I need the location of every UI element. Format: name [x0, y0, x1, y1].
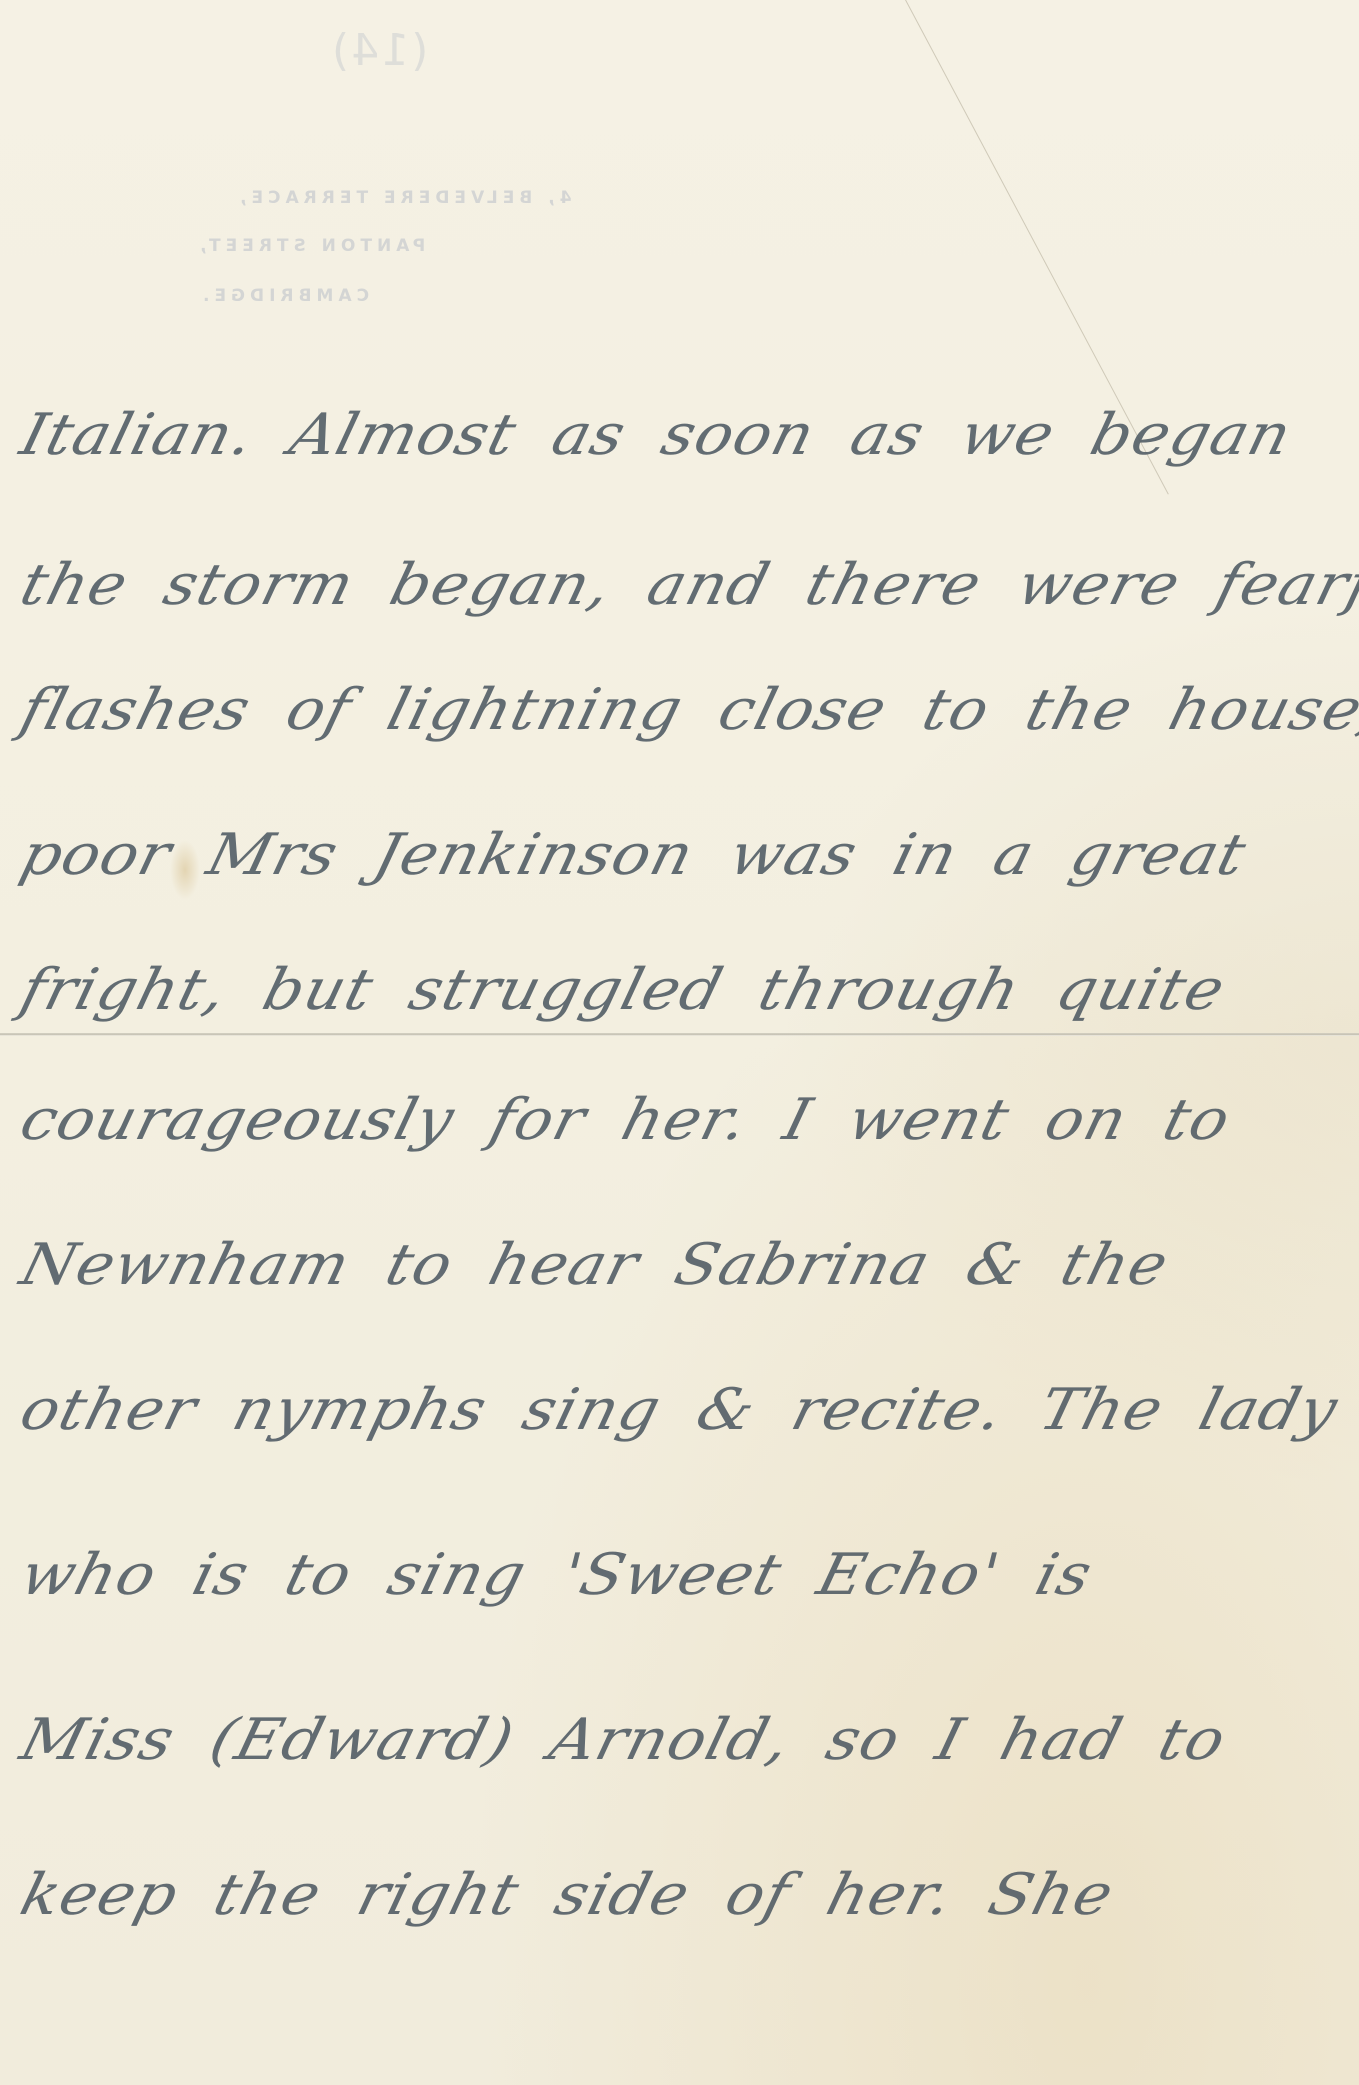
handwritten-line-10: Miss (Edward) Arnold, so I had to [14, 1706, 1351, 1773]
handwritten-text: Italian. Almost as soon as we began the … [0, 0, 1359, 2085]
handwritten-line-4: poor Mrs Jenkinson was in a great [14, 821, 1351, 888]
handwritten-line-11: keep the right side of her. She [14, 1861, 1351, 1928]
handwritten-line-9: who is to sing 'Sweet Echo' is [14, 1541, 1351, 1608]
letter-page: (14) 4, BELVEDERE TERRACE, PANTON STREET… [0, 0, 1359, 2085]
handwritten-line-2: the storm began, and there were fearful [14, 551, 1351, 618]
handwritten-line-7: Newnham to hear Sabrina & the [14, 1231, 1351, 1298]
handwritten-line-1: Italian. Almost as soon as we began [14, 401, 1351, 468]
handwritten-line-5: fright, but struggled through quite [14, 956, 1351, 1023]
handwritten-line-3: flashes of lightning close to the house; [14, 676, 1351, 743]
handwritten-line-8: other nymphs sing & recite. The lady [14, 1376, 1351, 1443]
handwritten-line-6: courageously for her. I went on to [14, 1086, 1351, 1153]
